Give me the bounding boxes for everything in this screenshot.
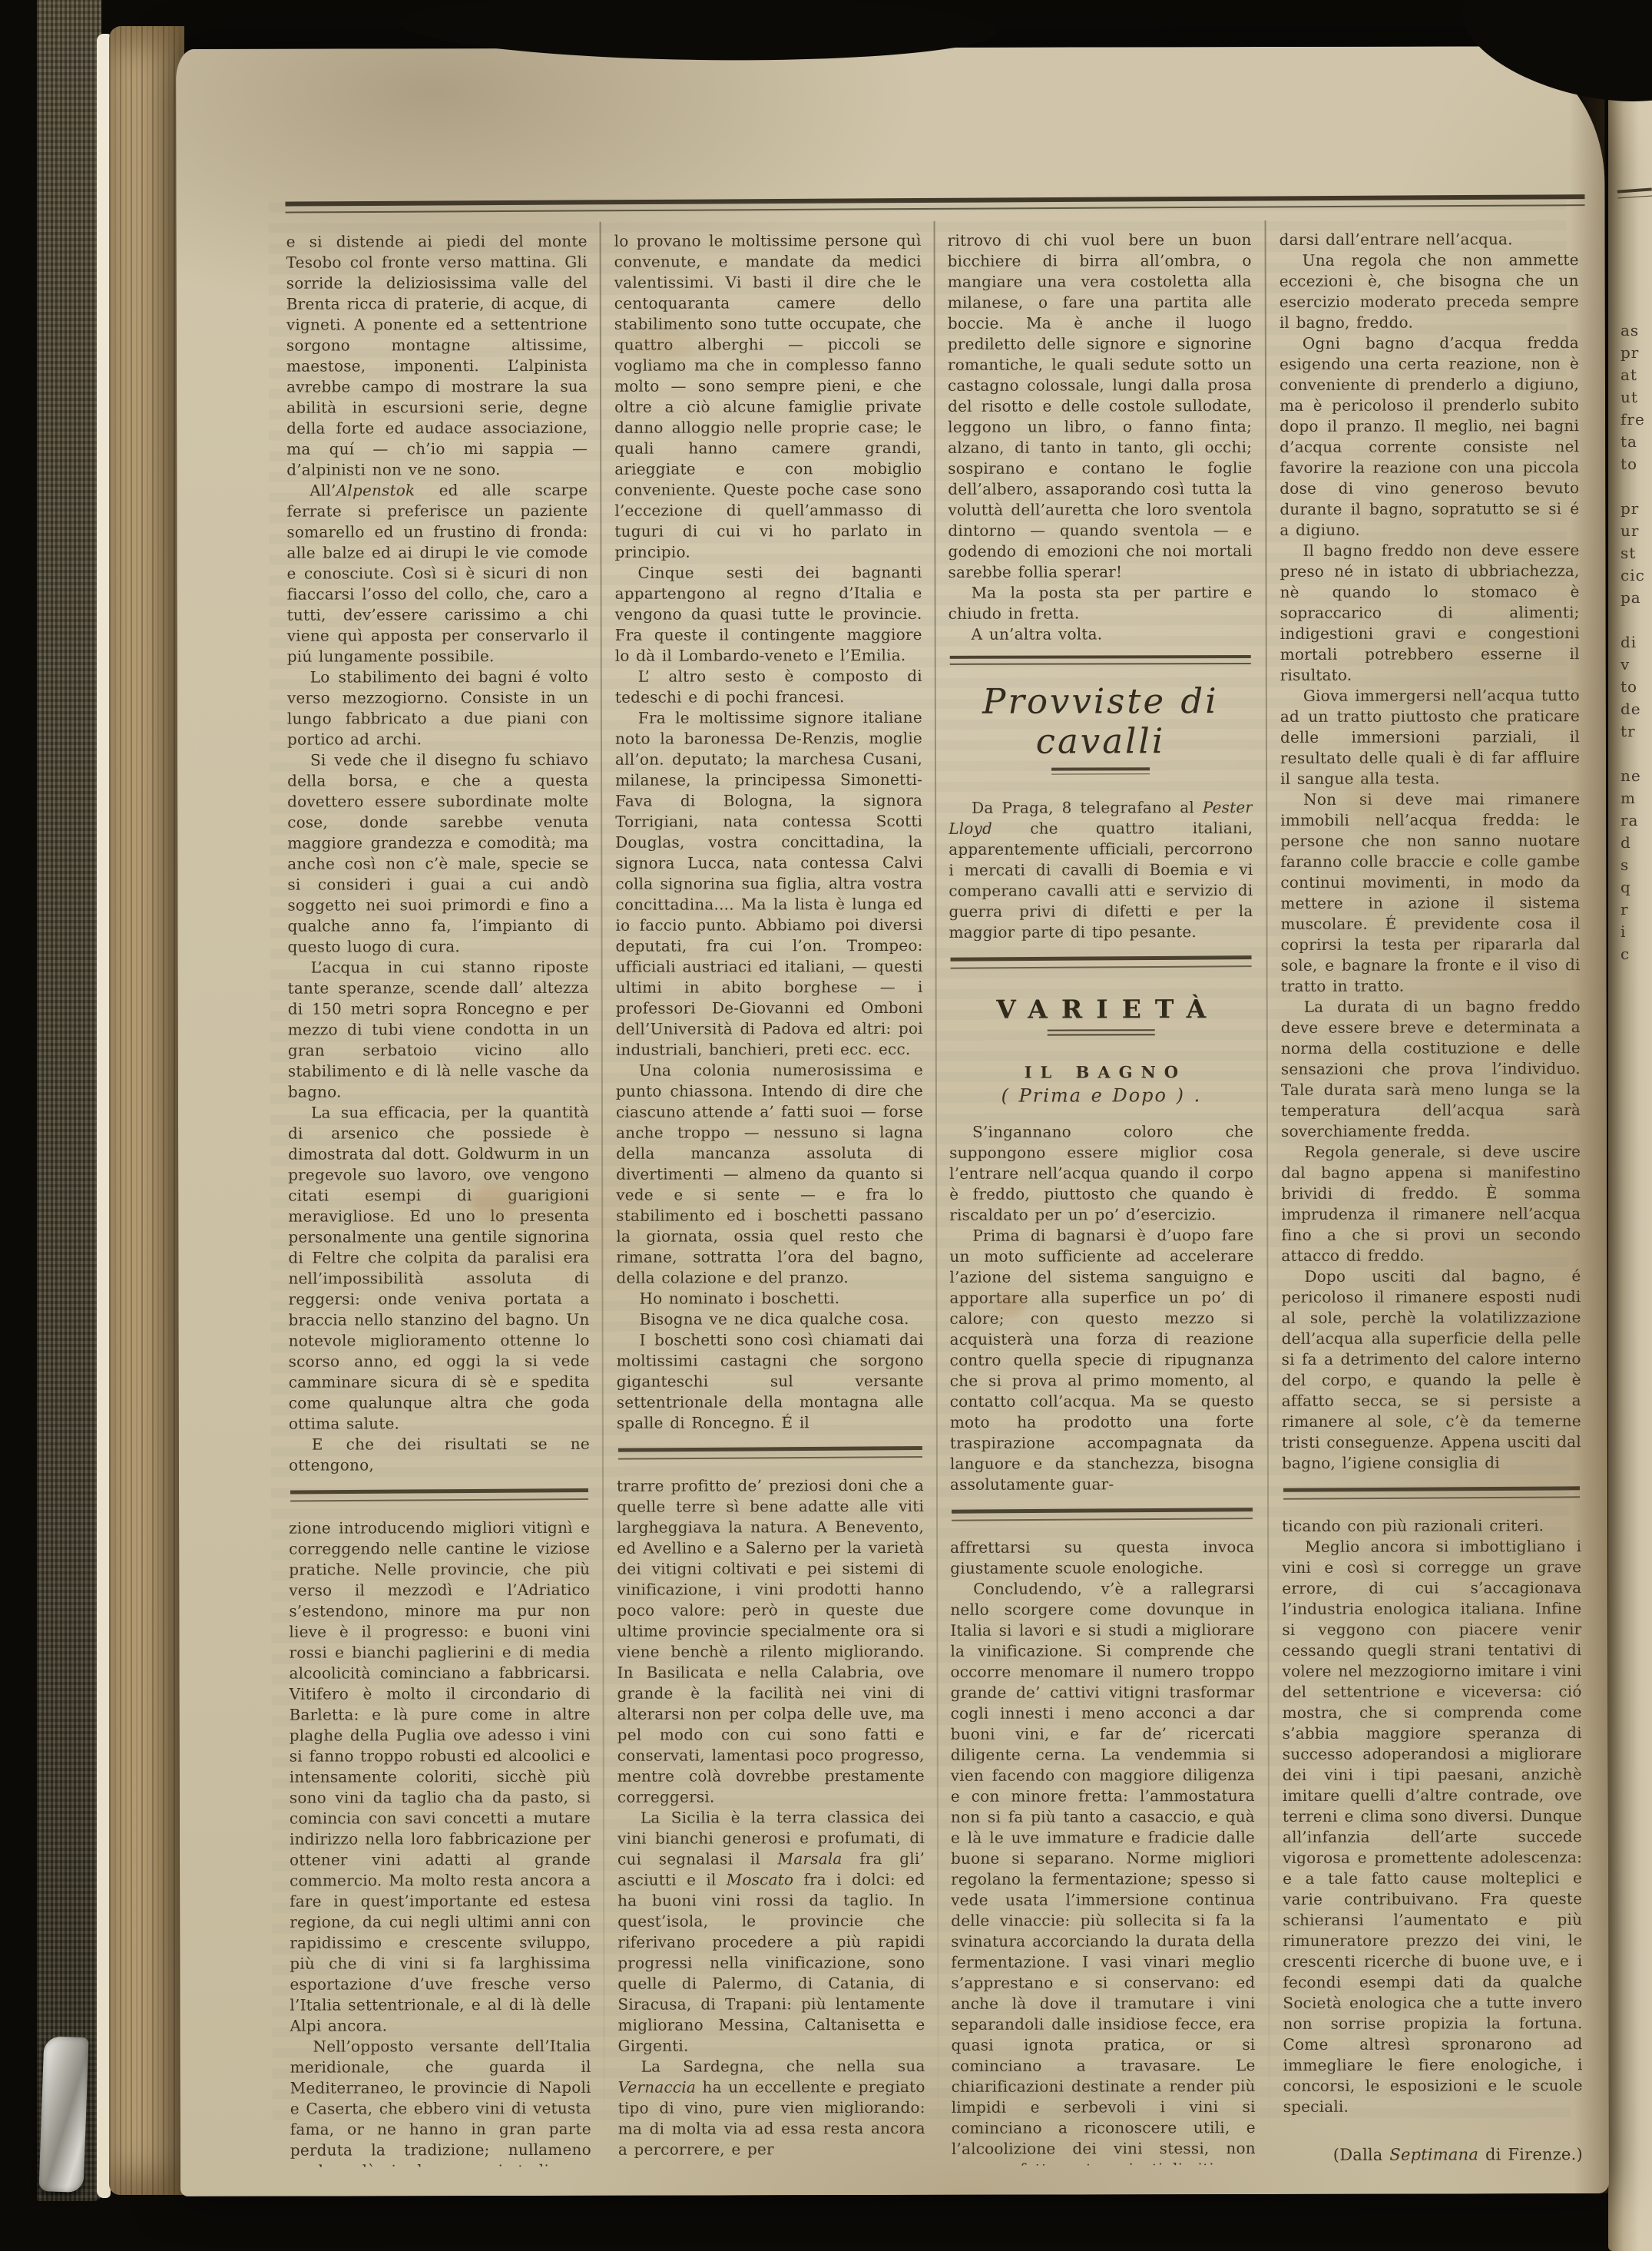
block-p: La durata di un bagno freddo deve essere… <box>1281 996 1581 1142</box>
page-top-rule <box>285 194 1584 213</box>
fragment-line: de <box>1621 698 1652 720</box>
newspaper-page: e si distende ai piedi del monte Tesobo … <box>176 46 1609 2196</box>
block-rule <box>952 1508 1253 1521</box>
fragment-line: st <box>1621 542 1652 564</box>
italic-run: Vernaccia <box>618 2078 696 2097</box>
fragment-line: ta <box>1621 431 1652 453</box>
block-ruleshortdouble <box>1048 1029 1155 1035</box>
fragment-line: i <box>1621 921 1652 943</box>
text-run: All’ <box>310 482 336 500</box>
block-p: L’ altro sesto è composto di tedeschi e … <box>615 666 922 708</box>
block-ruledouble <box>950 655 1251 665</box>
block-pcont: lo provano le moltissime persone quì con… <box>614 230 922 563</box>
block-p: Fra le moltissime signore italiane noto … <box>615 707 923 1061</box>
italic-run: Marsala <box>778 1849 843 1868</box>
block-pcont: darsi dall’entrare nell’acqua. <box>1280 229 1579 250</box>
fragment-line: cic <box>1621 564 1652 587</box>
newspaper-column-3: ritrovo di chi vuol bere un buon bicchie… <box>948 230 1256 2166</box>
block-pcont: affrettarsi su questa invoca giustamente… <box>950 1537 1254 1579</box>
fragment-line: v <box>1621 654 1652 676</box>
italic-run: Alpenstok <box>336 481 415 499</box>
fragment-line: ur <box>1621 520 1652 542</box>
block-p: Dopo usciti dal bagno, é pericoloso il r… <box>1281 1266 1581 1474</box>
article-title-il-bagno: IL BAGNO <box>949 1061 1253 1083</box>
fragment-line: ra <box>1621 809 1652 832</box>
text-run: ed alle scarpe ferrate si preferisce un … <box>286 481 588 666</box>
block-p: Giova immergersi nell’acqua tutto ad un … <box>1280 685 1580 790</box>
fragment-line <box>1621 743 1652 765</box>
block-p: Il bagno freddo non deve essere preso né… <box>1280 540 1579 686</box>
block-p: La Sardegna, che nella sua Vernaccia ha … <box>618 2056 925 2160</box>
newspaper-column-4: darsi dall’entrare nell’acqua.Una regola… <box>1280 229 1583 2165</box>
fragment-line: fre <box>1621 409 1652 431</box>
italic-run: Septimana <box>1389 2145 1478 2163</box>
book-clasp <box>38 2036 88 2193</box>
article-title-provviste: Provviste di cavalli <box>948 681 1253 762</box>
block-p: Non si deve mai rimanere immobili nell’a… <box>1280 789 1581 997</box>
text-run: che quattro italiani, apparentemente uff… <box>948 819 1253 942</box>
newspaper-column-2: lo provano le moltissime persone quì con… <box>614 230 925 2167</box>
column-divider-2 <box>934 221 939 2141</box>
block-rule <box>618 1446 922 1460</box>
block-p: I boschetti sono così chiamati dai molti… <box>617 1329 924 1434</box>
block-p: Ho nominato i boschetti. <box>616 1288 923 1309</box>
block-p: La Sicilia è la terra classica dei vini … <box>617 1807 925 2057</box>
block-p: Cinque sesti dei bagnanti appartengono a… <box>614 562 922 667</box>
fragment-line: at <box>1621 364 1652 386</box>
adjacent-page-rule <box>1617 187 1652 198</box>
block-pcont: e si distende ai piedi del monte Tesobo … <box>286 231 588 481</box>
block-p: Una colonia numerosissima e punto chiass… <box>616 1060 924 1289</box>
adjacent-page-sliver: aspratutfretatoprurstcicpadivtodetrnemra… <box>1608 66 1652 2251</box>
block-p: Regola generale, si deve uscire dal bagn… <box>1281 1141 1581 1266</box>
section-title-varieta: VARIETÀ <box>949 994 1253 1025</box>
block-p: S’ingannano coloro che suppongono essere… <box>949 1121 1253 1226</box>
block-ruleshort <box>1051 767 1150 774</box>
source-attribution: (Dalla Septimana di Firenze.) <box>1283 2144 1583 2165</box>
text-run: fra i dolci: ed ha buoni vini rossi da t… <box>617 1870 925 2055</box>
fragment-line: q <box>1621 876 1652 899</box>
block-p: Bisogna ve ne dica qualche cosa. <box>617 1309 924 1330</box>
block-p: Si vede che il disegno fu schiavo della … <box>287 750 589 958</box>
newspaper-column-1: e si distende ai piedi del monte Tesobo … <box>286 231 591 2167</box>
fragment-line: di <box>1621 631 1652 654</box>
fragment-line: ne <box>1621 765 1652 787</box>
fragment-line: ut <box>1621 386 1652 409</box>
fragment-line: to <box>1621 453 1652 475</box>
block-rule <box>290 1488 588 1502</box>
text-run: di Firenze.) <box>1478 2145 1583 2163</box>
column-divider-3 <box>1265 220 1270 2140</box>
page-stack-fore-edge <box>109 26 184 2195</box>
block-subtitleitalic: ( Prima e Dopo ) . <box>949 1085 1253 1107</box>
block-p: Meglio ancora si imbottigliano i vini e … <box>1282 1536 1583 2117</box>
block-pcont: zione introducendo migliori vitignì e co… <box>289 1518 591 2037</box>
block-pcont: ticando con più razionali criteri. <box>1282 1515 1581 1537</box>
fragment-line: pr <box>1621 498 1652 520</box>
block-p: Lo stabilimento dei bagni é volto verso … <box>287 667 588 750</box>
block-pcont: ritrovo di chi vuol bere un buon bicchie… <box>948 230 1253 583</box>
fragment-line <box>1621 609 1652 631</box>
block-pcont: trarre profitto de’ preziosi doni che a … <box>617 1475 925 1808</box>
text-run: La Sardegna, che nella sua <box>641 2057 925 2076</box>
block-p: La sua efficacia, per la quantità di ars… <box>288 1102 590 1435</box>
block-rule <box>1283 1486 1580 1499</box>
book-cover <box>37 0 101 2201</box>
fragment-line <box>1621 475 1652 498</box>
block-p: Ogni bagno d’acqua fredda esigendo una c… <box>1280 333 1580 541</box>
fragment-line: tr <box>1621 720 1652 743</box>
block-p: Concludendo, v’è a rallegrarsi nello sco… <box>950 1578 1256 2166</box>
fragment-line: m <box>1621 787 1652 809</box>
block-rule <box>951 955 1252 969</box>
block-p: Nell’opposto versante dell’Italia meridi… <box>290 2036 591 2167</box>
fragment-line: s <box>1621 854 1652 876</box>
block-p: A un’altra volta. <box>948 624 1253 645</box>
italic-run: Moscato <box>727 1870 793 1889</box>
block-p: Prima di bagnarsi è d’uopo fare un moto … <box>949 1225 1254 1495</box>
block-p: All’Alpenstok ed alle scarpe ferrate si … <box>286 480 588 667</box>
block-p: Da Praga, 8 telegrafano al Pester Lloyd … <box>948 797 1253 943</box>
block-p: E che dei risultati se ne ottengono, <box>289 1434 590 1476</box>
fragment-line: pr <box>1621 342 1652 364</box>
fragment-line: d <box>1621 832 1652 854</box>
block-p: L’acqua in cui stanno riposte tante sper… <box>288 957 589 1103</box>
fragment-line: pa <box>1621 587 1652 609</box>
fragment-line: c <box>1621 943 1652 965</box>
fragment-line: r <box>1621 899 1652 921</box>
column-divider-1 <box>600 222 605 2142</box>
adjacent-page-fragments: aspratutfretatoprurstcicpadivtodetrnemra… <box>1621 319 1652 965</box>
fragment-line: to <box>1621 676 1652 698</box>
block-p: Ma la posta sta per partire e chiudo in … <box>948 582 1253 624</box>
text-run: (Dalla <box>1333 2146 1390 2164</box>
text-run: Da Praga, 8 telegrafano al <box>972 798 1203 817</box>
block-p: Una regola che non ammette eccezioni è, … <box>1280 250 1579 333</box>
fragment-line: as <box>1621 319 1652 342</box>
